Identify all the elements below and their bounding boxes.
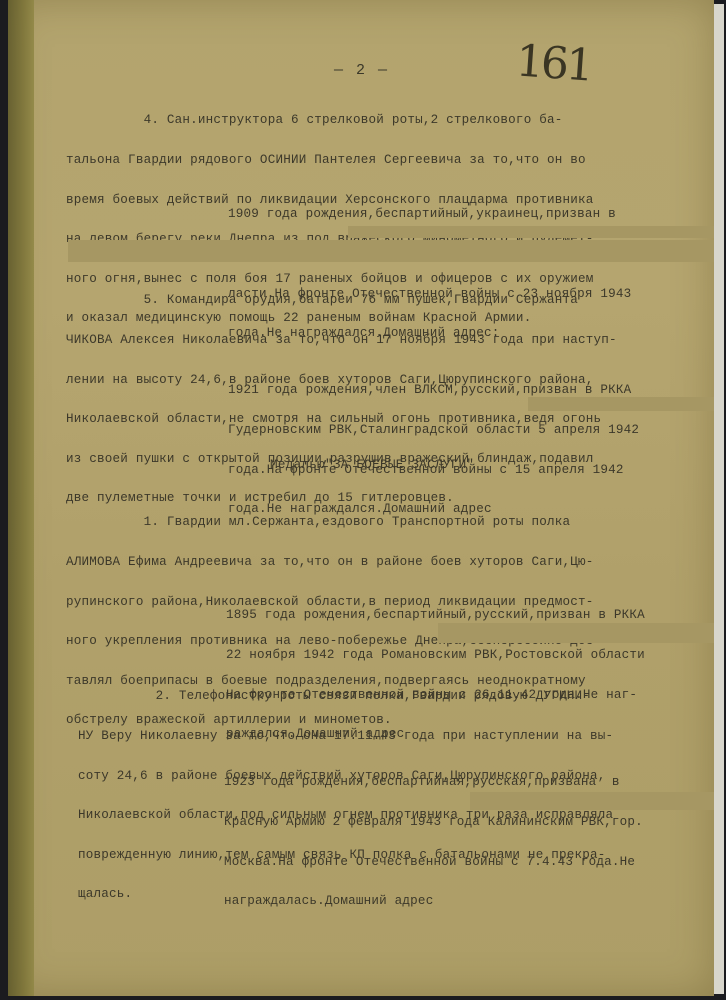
redacted-address [348,226,714,238]
citation-line: 4. Сан.инструктора 6 стрелковой роты,2 с… [66,114,594,127]
archive-handwritten-number: 161 [514,35,592,91]
bio-line: Москва.На фронте Отечественной войны с 7… [224,856,643,869]
redacted-address [470,792,714,810]
page-number: — 2 — [334,62,389,79]
bio-line: 1923 года рождения,беспартийная,русская,… [224,776,643,789]
section-heading-medal: Медалью"ЗА БОЕВЫЕ ЗАСЛУГИ" [270,458,474,472]
citation-line: 1. Гвардии мл.Сержанта,ездового Транспор… [66,516,601,529]
document-page: — 2 — 161 4. Сан.инструктора 6 стрелково… [8,0,714,996]
citation-line: АЛИМОВА Ефима Андреевича за то,что он в … [66,556,601,569]
bio-line: 1921 года рождения,член ВЛКСМ,русский,пр… [228,384,639,397]
bio-line: 1909 года рождения,беспартийный,украинец… [228,208,631,221]
citation-line: 2. Телефонистку роты связи полка,Гвардии… [78,690,613,703]
citation-line: НУ Веру Николаевну за то,что она 17.11.4… [78,730,613,743]
redacted-address [528,397,714,411]
citation-line: тальона Гвардии рядового ОСИНИИ Пантелея… [66,154,594,167]
bio-line: 1895 года рождения,беспартийный,русский,… [226,609,645,622]
binding-edge [8,0,34,996]
citation-line: 5. Командира орудия,батареи 76 мм пушек,… [66,294,617,307]
bio-line: Красную Армию 2 февраля 1943 года Калини… [224,816,643,829]
redacted-address-block [68,240,714,262]
bio-line: 22 ноября 1942 года Романовским РВК,Рост… [226,649,645,662]
personal-info-medal-2: 1923 года рождения,беспартийная,русская,… [224,750,643,935]
bio-line: награждалась.Домашний адрес [224,895,643,908]
bio-line: Гудерновским РВК,Сталинградской области … [228,424,639,437]
redacted-address [438,623,714,643]
citation-line: ЧИКОВА Алексея Николаевича за то,что он … [66,334,617,347]
